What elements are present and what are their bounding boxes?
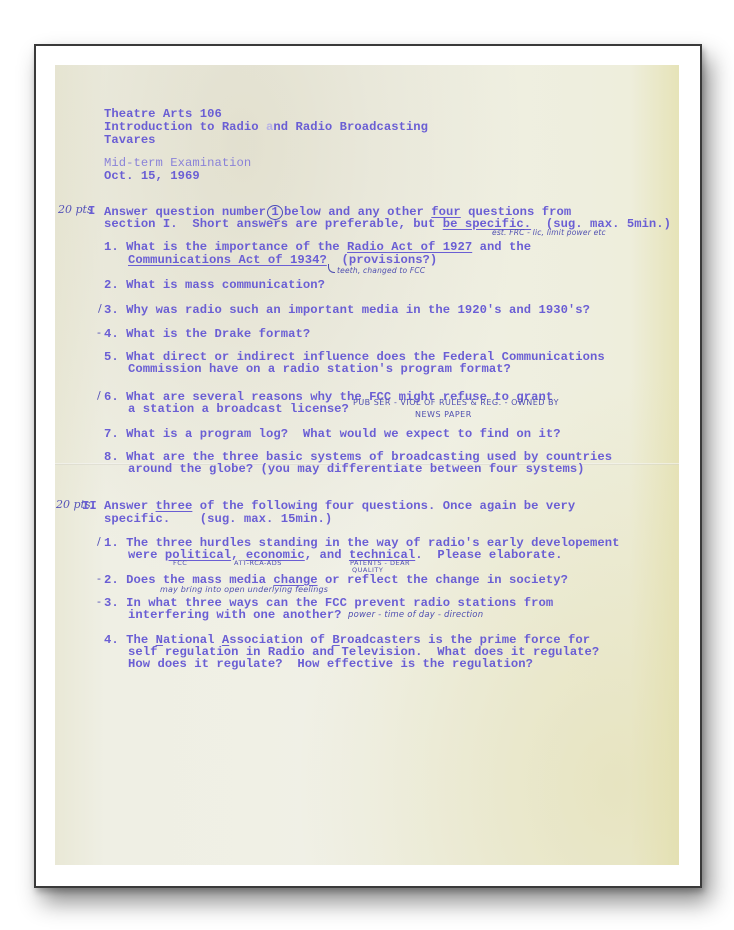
underlined-count: three (156, 499, 193, 513)
handwritten-note-political: FCC (173, 559, 187, 567)
question-number: 1. (104, 240, 119, 254)
question-text: . Please elaborate. (415, 548, 562, 562)
handwritten-note-q6-line2: NEWS PAPER (415, 410, 472, 419)
s1-q2: 2. What is mass communication? (104, 279, 325, 292)
question-text: What is the importance of the (126, 240, 347, 254)
question-text: were (128, 548, 165, 562)
question-text: Why was radio such an important media in… (126, 303, 590, 317)
question-number: 2. (104, 278, 119, 292)
course-title-part: nd Radio (273, 120, 339, 134)
question-number: 7. (104, 427, 119, 441)
question-text: or reflect the change in society? (318, 573, 568, 587)
s1-q7: 7. What is a program log? What would we … (104, 428, 561, 441)
instructor-name: Tavares (104, 134, 156, 147)
course-title-part: Broadcasting (340, 120, 428, 134)
dash-mark: - (97, 572, 101, 585)
question-number: 3. (104, 596, 119, 610)
check-mark: / (97, 535, 101, 548)
dash-mark: - (97, 595, 101, 608)
question-number: 4. (104, 633, 119, 647)
handwritten-note-q1: teeth, changed to FCC (337, 266, 425, 275)
dash-mark: - (97, 326, 101, 339)
handwritten-note-economic: ATT-RCA-ADS (234, 559, 282, 567)
s1-q6-line2: a station a broadcast license? (128, 403, 349, 416)
question-text: What is mass communication? (126, 278, 325, 292)
underlined-text: Communications Act of 1934? (128, 253, 327, 267)
question-number: 2. (104, 573, 119, 587)
handwritten-note-specific: est. FRC - lic, limit power etc (492, 228, 606, 237)
instruction-text: section I. Short answers are preferable,… (104, 217, 443, 231)
handwritten-note-s2-q2: may bring into open underlying feelings (160, 585, 328, 594)
s2-q4-line3: How does it regulate? How effective is t… (128, 658, 533, 671)
question-text: What is the Drake format? (126, 327, 310, 341)
handwritten-note-s2-q3: power - time of day - direction (348, 610, 483, 620)
question-text: , and (305, 548, 349, 562)
exam-date: Oct. 15, 1969 (104, 170, 200, 183)
question-text: and the (472, 240, 531, 254)
underlined-text: Radio Act of 1927 (347, 240, 472, 254)
question-number: 6. (104, 390, 119, 404)
question-number: 8. (104, 450, 119, 464)
handwritten-note-q6-line1: PUB SER - VIOL OF RULES & REG. - OWNED B… (353, 398, 559, 407)
s1-q3: 3. Why was radio such an important media… (104, 304, 590, 317)
section2-instructions-line2: specific. (sug. max. 15min.) (104, 513, 332, 526)
s1-q5-line2: Commission have on a radio station's pro… (128, 363, 511, 376)
s1-q4: 4. What is the Drake format? (104, 328, 310, 341)
s1-q8-line2: around the globe? (you may differentiate… (128, 463, 585, 476)
section1-numeral: I (88, 205, 95, 218)
instruction-text: of the following four questions. Once ag… (192, 499, 575, 513)
question-number: 1. (104, 536, 119, 550)
course-title-part: Introduction to Radio (104, 120, 266, 134)
question-number: 3. (104, 303, 119, 317)
question-text: What is a program log? What would we exp… (126, 427, 560, 441)
question-text: (provisions?) (327, 253, 437, 267)
section2-numeral: II (82, 500, 97, 513)
instruction-text: Answer (104, 499, 156, 513)
s2-q3-line2: interfering with one another? (128, 609, 342, 622)
check-mark: / (97, 389, 101, 402)
question-number: 4. (104, 327, 119, 341)
check-mark: / (98, 302, 102, 315)
question-number: 5. (104, 350, 119, 364)
s2-q1-line2: were political, economic, and technical.… (128, 549, 563, 562)
